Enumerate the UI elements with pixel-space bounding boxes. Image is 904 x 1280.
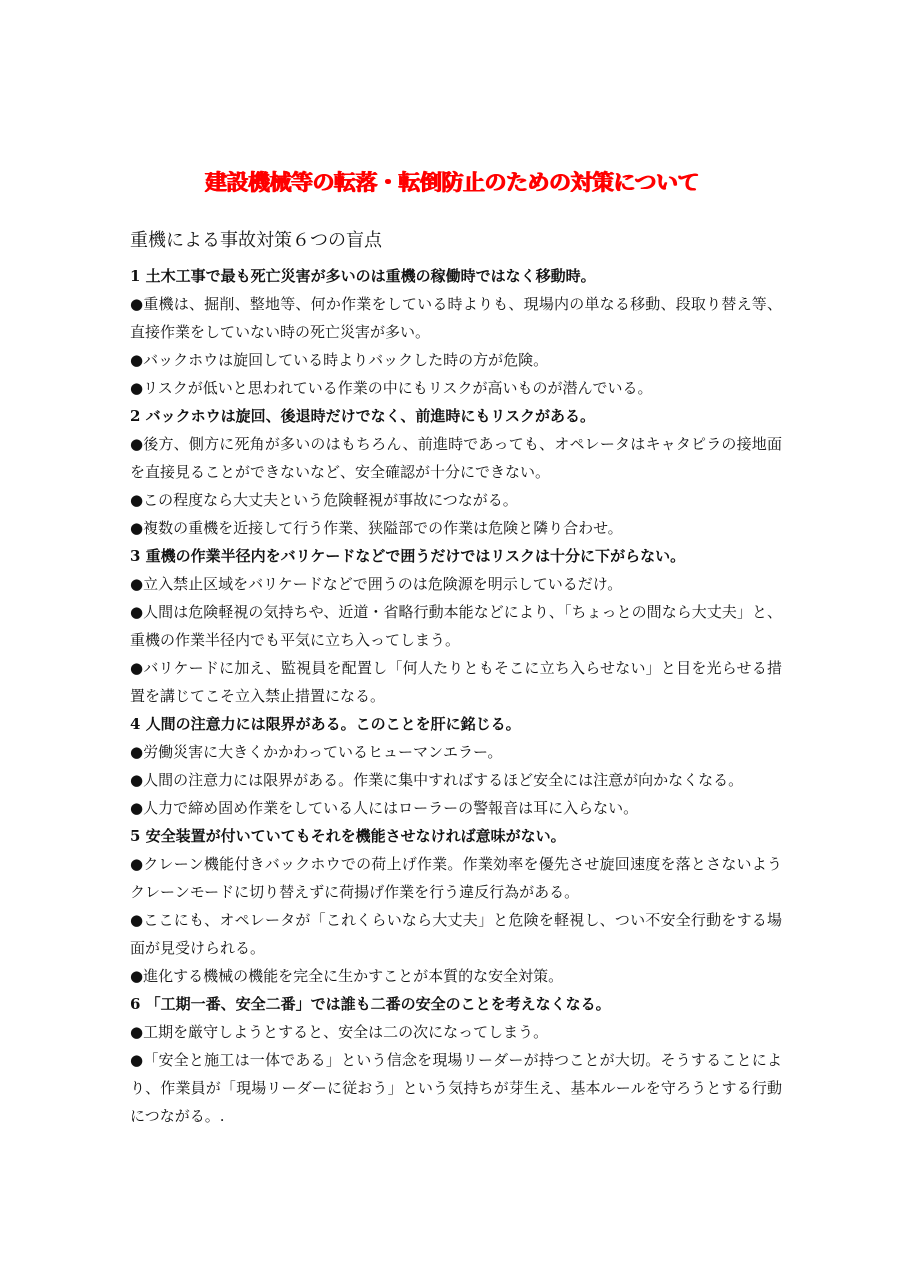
- section-4: 4 人間の注意力には限界がある。このことを肝に銘じる。 ●労働災害に大きくかかわ…: [130, 710, 782, 822]
- section-heading: 4 人間の注意力には限界がある。このことを肝に銘じる。: [130, 710, 782, 738]
- bullet-icon: ●: [130, 799, 143, 817]
- section-3: 3 重機の作業半径内をバリケードなどで囲うだけではリスクは十分に下がらない。 ●…: [130, 542, 782, 710]
- document-body: 1 土木工事で最も死亡災害が多いのは重機の稼働時ではなく移動時。 ●重機は、掘削…: [130, 262, 782, 1130]
- bullet-text: 立入禁止区域をバリケードなどで囲うのは危険源を明示しているだけ。: [143, 575, 622, 593]
- bullet-text: クレーン機能付きバックホウでの荷上げ作業。作業効率を優先させ旋回速度を落とさない…: [130, 855, 782, 901]
- bullet-text: 労働災害に大きくかかわっているヒューマンエラー。: [143, 743, 502, 761]
- bullet-icon: ●: [130, 603, 143, 621]
- bullet-item: ●この程度なら大丈夫という危険軽視が事故につながる。: [130, 486, 782, 514]
- bullet-icon: ●: [130, 659, 143, 677]
- bullet-item: ●立入禁止区域をバリケードなどで囲うのは危険源を明示しているだけ。: [130, 570, 782, 598]
- bullet-icon: ●: [130, 855, 143, 873]
- section-heading: 3 重機の作業半径内をバリケードなどで囲うだけではリスクは十分に下がらない。: [130, 542, 782, 570]
- bullet-item: ●進化する機械の機能を完全に生かすことが本質的な安全対策。: [130, 962, 782, 990]
- section-5: 5 安全装置が付いていてもそれを機能させなければ意味がない。 ●クレーン機能付き…: [130, 822, 782, 990]
- bullet-text: 「安全と施工は一体である」という信念を現場リーダーが持つことが大切。そうすること…: [130, 1051, 782, 1125]
- section-6: 6 「工期一番、安全二番」では誰も二番の安全のことを考えなくなる。 ●工期を厳守…: [130, 990, 782, 1130]
- bullet-text: 人間の注意力には限界がある。作業に集中すればするほど安全には注意が向かなくなる。: [143, 771, 743, 789]
- bullet-text: 後方、側方に死角が多いのはもちろん、前進時であっても、オペレータはキャタピラの接…: [130, 435, 782, 481]
- bullet-text: 複数の重機を近接して行う作業、狭隘部での作業は危険と隣り合わせ。: [143, 519, 623, 537]
- bullet-text: 工期を厳守しようとすると、安全は二の次になってしまう。: [143, 1023, 548, 1041]
- bullet-text: 人力で締め固め作業をしている人にはローラーの警報音は耳に入らない。: [143, 799, 638, 817]
- bullet-text: 進化する機械の機能を完全に生かすことが本質的な安全対策。: [143, 967, 563, 985]
- bullet-icon: ●: [130, 435, 143, 453]
- bullet-icon: ●: [130, 491, 143, 509]
- bullet-icon: ●: [130, 1051, 143, 1069]
- bullet-icon: ●: [130, 1023, 143, 1041]
- section-heading: 6 「工期一番、安全二番」では誰も二番の安全のことを考えなくなる。: [130, 990, 782, 1018]
- bullet-item: ●「安全と施工は一体である」という信念を現場リーダーが持つことが大切。そうするこ…: [130, 1046, 782, 1130]
- bullet-text: 重機は、掘削、整地等、何か作業をしている時よりも、現場内の単なる移動、段取り替え…: [130, 295, 782, 341]
- bullet-text: この程度なら大丈夫という危険軽視が事故につながる。: [143, 491, 518, 509]
- bullet-item: ●バリケードに加え、監視員を配置し「何人たりともそこに立ち入らせない」と目を光ら…: [130, 654, 782, 710]
- section-heading: 5 安全装置が付いていてもそれを機能させなければ意味がない。: [130, 822, 782, 850]
- bullet-item: ●複数の重機を近接して行う作業、狭隘部での作業は危険と隣り合わせ。: [130, 514, 782, 542]
- bullet-text: ここにも、オペレータが「これくらいなら大丈夫」と危険を軽視し、つい不安全行動をす…: [130, 911, 782, 957]
- bullet-icon: ●: [130, 379, 143, 397]
- bullet-text: バックホウは旋回している時よりバックした時の方が危険。: [143, 351, 548, 369]
- bullet-item: ●人力で締め固め作業をしている人にはローラーの警報音は耳に入らない。: [130, 794, 782, 822]
- bullet-icon: ●: [130, 967, 143, 985]
- bullet-icon: ●: [130, 743, 143, 761]
- section-heading: 2 バックホウは旋回、後退時だけでなく、前進時にもリスクがある。: [130, 402, 782, 430]
- bullet-item: ●ここにも、オペレータが「これくらいなら大丈夫」と危険を軽視し、つい不安全行動を…: [130, 906, 782, 962]
- document-subtitle: 重機による事故対策６つの盲点: [130, 226, 382, 252]
- bullet-icon: ●: [130, 575, 143, 593]
- bullet-icon: ●: [130, 351, 143, 369]
- bullet-item: ●重機は、掘削、整地等、何か作業をしている時よりも、現場内の単なる移動、段取り替…: [130, 290, 782, 346]
- bullet-item: ●人間は危険軽視の気持ちや、近道・省略行動本能などにより、「ちょっとの間なら大丈…: [130, 598, 782, 654]
- bullet-item: ●クレーン機能付きバックホウでの荷上げ作業。作業効率を優先させ旋回速度を落とさな…: [130, 850, 782, 906]
- bullet-item: ●バックホウは旋回している時よりバックした時の方が危険。: [130, 346, 782, 374]
- bullet-text: バリケードに加え、監視員を配置し「何人たりともそこに立ち入らせない」と目を光らせ…: [130, 659, 782, 705]
- bullet-icon: ●: [130, 519, 143, 537]
- bullet-item: ●工期を厳守しようとすると、安全は二の次になってしまう。: [130, 1018, 782, 1046]
- bullet-icon: ●: [130, 771, 143, 789]
- document-title: 建設機械等の転落・転倒防止のための対策について: [0, 166, 904, 197]
- bullet-item: ●リスクが低いと思われている作業の中にもリスクが高いものが潜んでいる。: [130, 374, 782, 402]
- bullet-item: ●後方、側方に死角が多いのはもちろん、前進時であっても、オペレータはキャタピラの…: [130, 430, 782, 486]
- bullet-text: リスクが低いと思われている作業の中にもリスクが高いものが潜んでいる。: [143, 379, 652, 397]
- section-heading: 1 土木工事で最も死亡災害が多いのは重機の稼働時ではなく移動時。: [130, 262, 782, 290]
- section-1: 1 土木工事で最も死亡災害が多いのは重機の稼働時ではなく移動時。 ●重機は、掘削…: [130, 262, 782, 402]
- bullet-icon: ●: [130, 911, 143, 929]
- bullet-item: ●人間の注意力には限界がある。作業に集中すればするほど安全には注意が向かなくなる…: [130, 766, 782, 794]
- bullet-item: ●労働災害に大きくかかわっているヒューマンエラー。: [130, 738, 782, 766]
- bullet-icon: ●: [130, 295, 143, 313]
- bullet-text: 人間は危険軽視の気持ちや、近道・省略行動本能などにより、「ちょっとの間なら大丈夫…: [130, 603, 782, 649]
- section-2: 2 バックホウは旋回、後退時だけでなく、前進時にもリスクがある。 ●後方、側方に…: [130, 402, 782, 542]
